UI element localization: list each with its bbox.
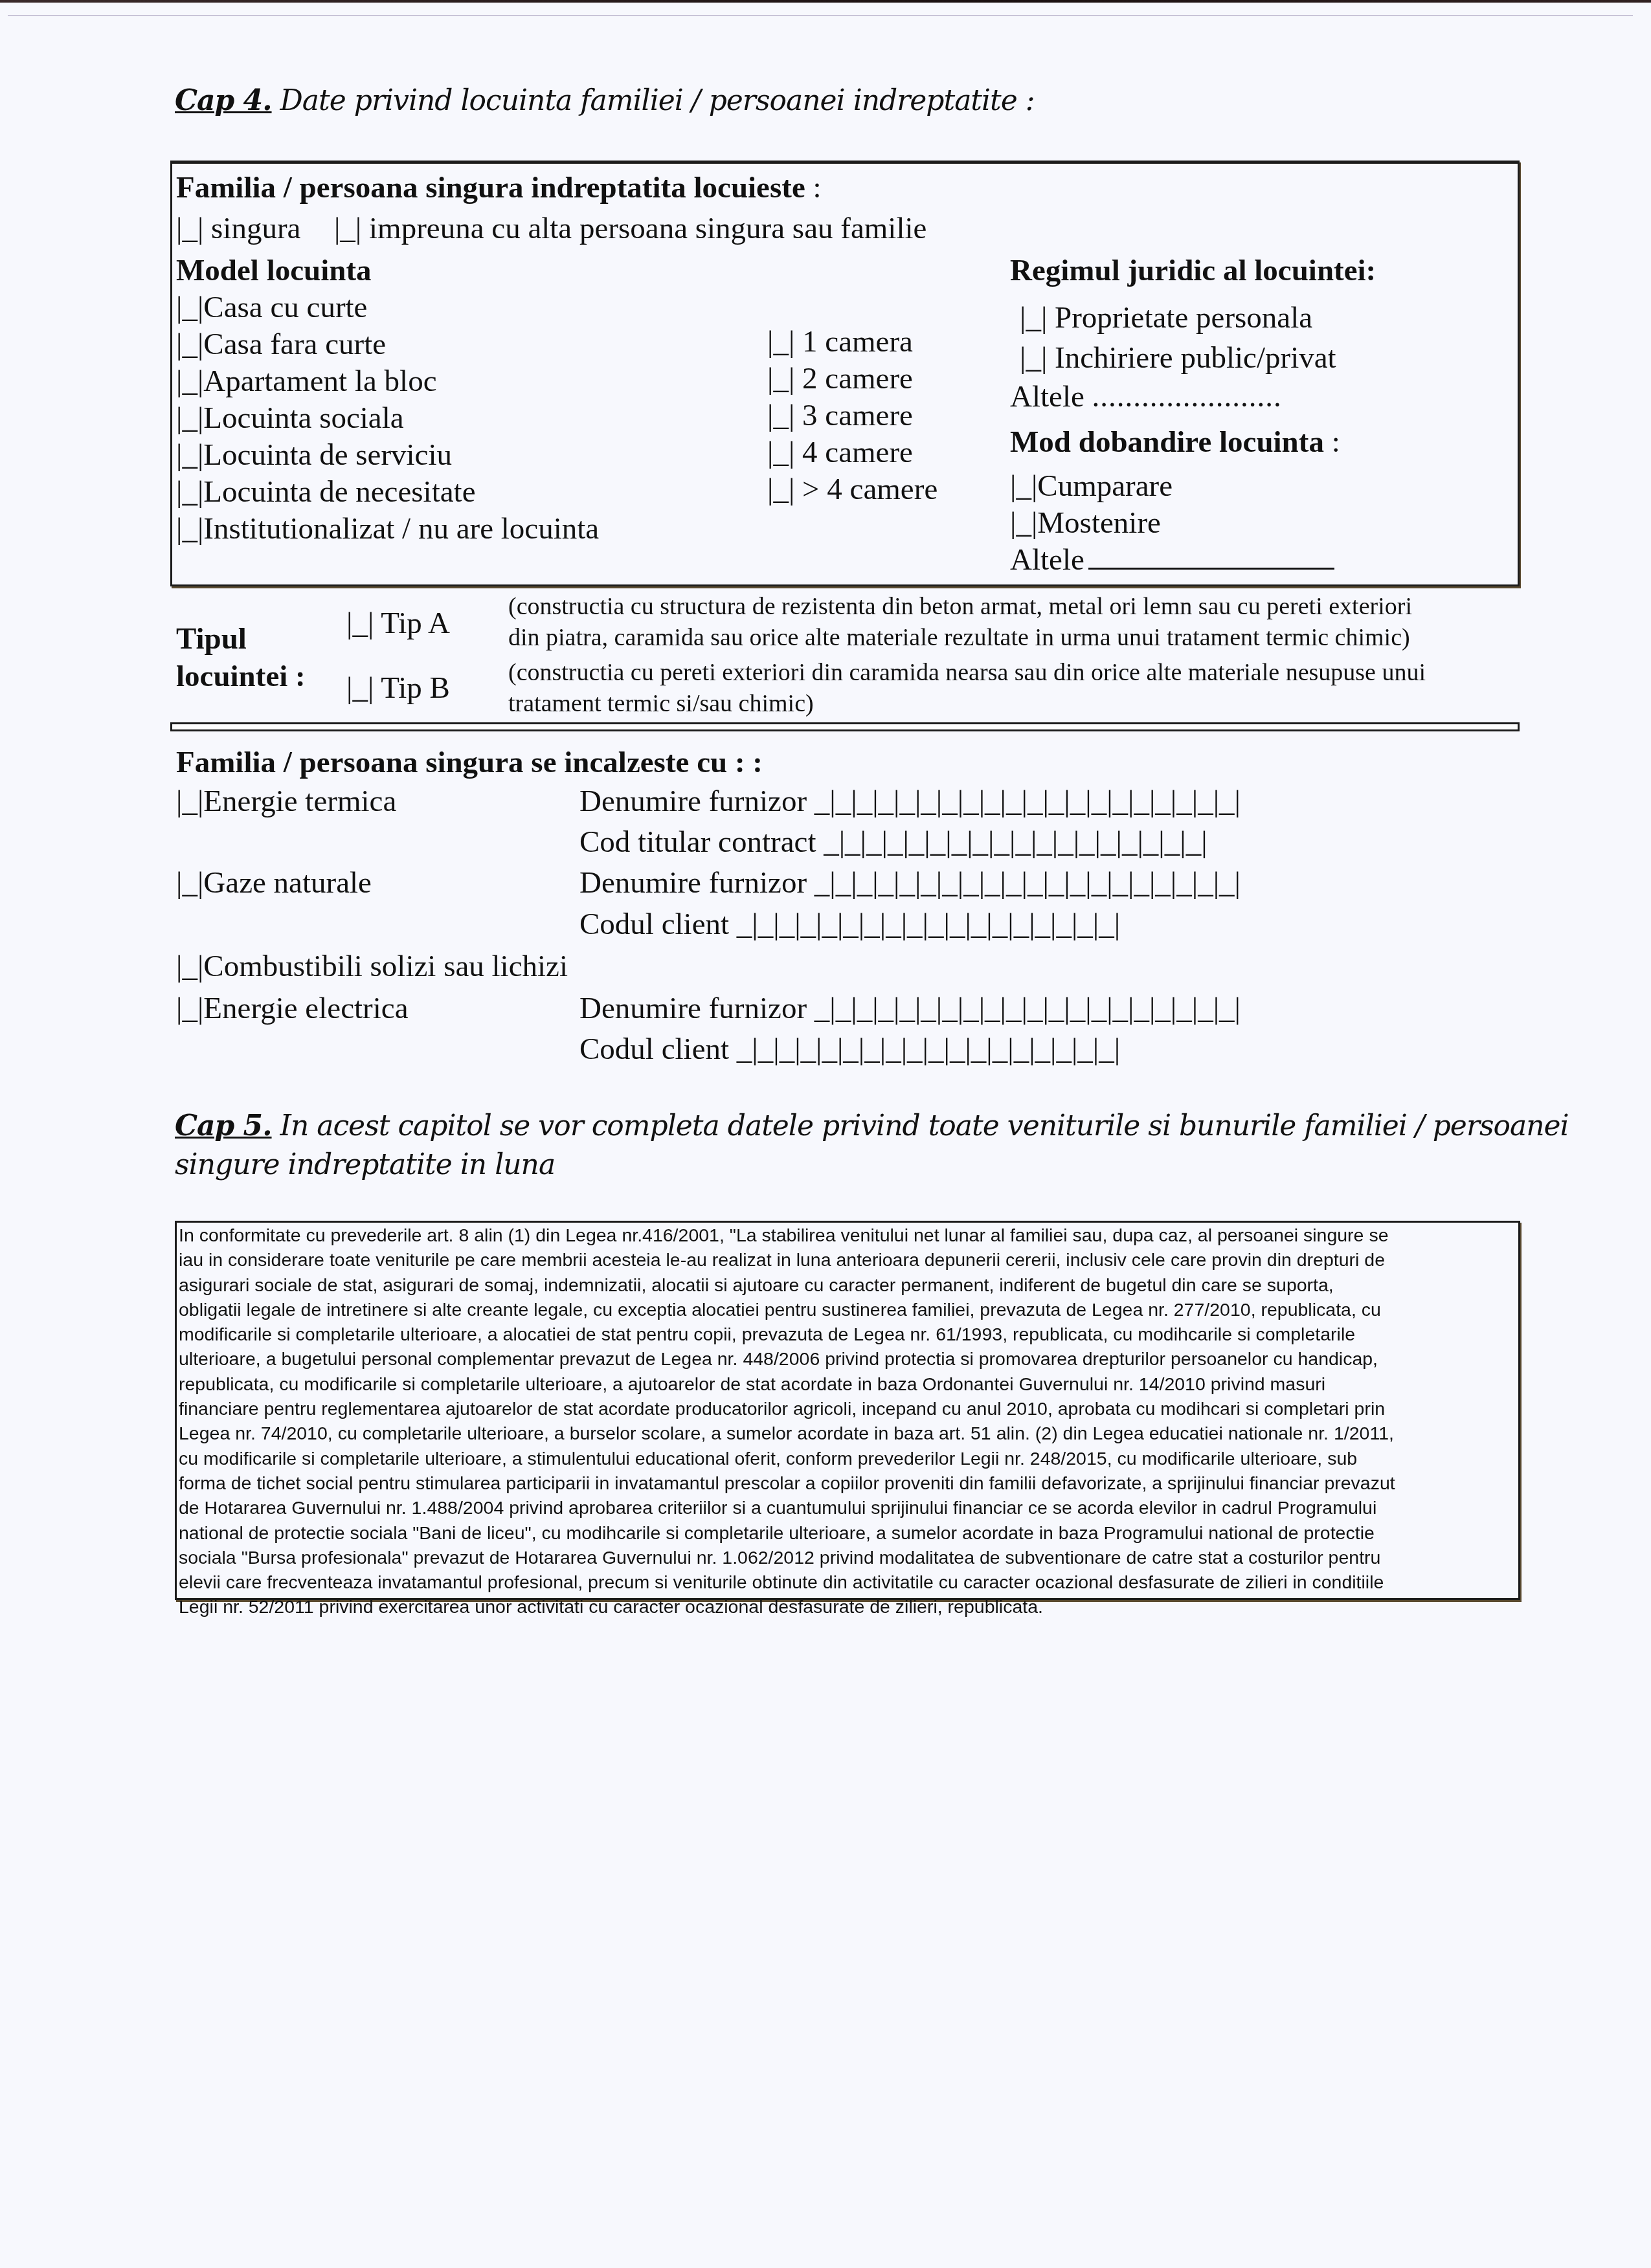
cap5-title: Cap 5. In acest capitol se vor completa …	[175, 1107, 1569, 1184]
termica-furnizor-input[interactable]: _|_|_|_|_|_|_|_|_|_|_|_|_|_|_|_|_|_|_|_|	[814, 784, 1241, 818]
scan-artifact-line	[8, 15, 1633, 16]
section-divider	[170, 722, 1520, 731]
checkbox-mostenire[interactable]: |_|Mostenire	[1010, 505, 1334, 542]
checkbox-tip-a[interactable]: |_| Tip A	[346, 605, 450, 642]
checkbox-singura[interactable]: |_| singura	[176, 212, 300, 245]
field-electrica-cod-client: Codul client _|_|_|_|_|_|_|_|_|_|_|_|_|_…	[579, 1031, 1120, 1068]
cap5-number: Cap 5.	[175, 1109, 272, 1142]
checkbox-energie-electrica[interactable]: |_|Energie electrica	[176, 990, 409, 1027]
regim-altele-input[interactable]: .......................	[1092, 380, 1282, 414]
field-electrica-furnizor: Denumire furnizor _|_|_|_|_|_|_|_|_|_|_|…	[579, 990, 1241, 1027]
checkbox-tip-b[interactable]: |_| Tip B	[346, 670, 450, 707]
cap4-number: Cap 4.	[175, 84, 272, 117]
regim-heading: Regimul juridic al locuintei:	[1010, 252, 1376, 289]
tipul-label: Tipul locuintei :	[176, 620, 306, 695]
checkbox-locuinta-necesitate[interactable]: |_|Locuinta de necesitate	[176, 474, 599, 511]
checkbox-gaze-naturale[interactable]: |_|Gaze naturale	[176, 865, 372, 902]
checkbox-1-camera[interactable]: |_| 1 camera	[767, 324, 938, 361]
checkbox-4-camere[interactable]: |_| 4 camere	[767, 434, 938, 471]
dobandire-altele: Altele	[1010, 542, 1334, 579]
dobandire-list: |_|Cumparare |_|Mostenire Altele	[1010, 468, 1334, 579]
checkbox-locuinta-sociala[interactable]: |_|Locuinta sociala	[176, 400, 599, 437]
electrica-furnizor-input[interactable]: _|_|_|_|_|_|_|_|_|_|_|_|_|_|_|_|_|_|_|_|	[814, 992, 1241, 1025]
checkbox-impreuna[interactable]: |_| impreuna cu alta persoana singura sa…	[334, 212, 927, 245]
camere-list: |_| 1 camera |_| 2 camere |_| 3 camere |…	[767, 324, 938, 508]
gaze-cod-client-input[interactable]: _|_|_|_|_|_|_|_|_|_|_|_|_|_|_|_|_|_|	[737, 907, 1120, 941]
field-gaze-furnizor: Denumire furnizor _|_|_|_|_|_|_|_|_|_|_|…	[579, 865, 1241, 902]
locuieste-options: |_| singura |_| impreuna cu alta persoan…	[176, 210, 927, 247]
checkbox-casa-cu-curte[interactable]: |_|Casa cu curte	[176, 289, 599, 326]
checkbox-inchiriere[interactable]: |_| Inchiriere public/privat	[1020, 338, 1336, 378]
regim-list: |_| Proprietate personala |_| Inchiriere…	[1020, 298, 1336, 378]
legal-text: In conformitate cu prevederile art. 8 al…	[179, 1223, 1514, 1620]
locuieste-heading: Familia / persoana singura indreptatita …	[176, 170, 822, 206]
gaze-furnizor-input[interactable]: _|_|_|_|_|_|_|_|_|_|_|_|_|_|_|_|_|_|_|_|	[814, 866, 1241, 900]
field-termica-cod-titular: Cod titular contract _|_|_|_|_|_|_|_|_|_…	[579, 824, 1207, 861]
checkbox-locuinta-serviciu[interactable]: |_|Locuinta de serviciu	[176, 437, 599, 474]
checkbox-peste-4-camere[interactable]: |_| > 4 camere	[767, 471, 938, 508]
checkbox-casa-fara-curte[interactable]: |_|Casa fara curte	[176, 326, 599, 363]
scan-edge	[0, 0, 1651, 3]
checkbox-3-camere[interactable]: |_| 3 camere	[767, 397, 938, 434]
cap4-title-text: Date privind locuinta familiei / persoan…	[272, 84, 1035, 117]
checkbox-cumparare[interactable]: |_|Cumparare	[1010, 468, 1334, 505]
regim-altele: Altele .......................	[1010, 379, 1282, 416]
checkbox-proprietate-personala[interactable]: |_| Proprietate personala	[1020, 298, 1336, 338]
tip-b-description: (constructia cu pereti exteriori din car…	[508, 657, 1426, 719]
model-list: |_|Casa cu curte |_|Casa fara curte |_|A…	[176, 289, 599, 548]
checkbox-combustibili[interactable]: |_|Combustibili solizi sau lichizi	[176, 948, 568, 985]
field-termica-furnizor: Denumire furnizor _|_|_|_|_|_|_|_|_|_|_|…	[579, 783, 1241, 820]
electrica-cod-client-input[interactable]: _|_|_|_|_|_|_|_|_|_|_|_|_|_|_|_|_|_|	[737, 1032, 1120, 1066]
checkbox-apartament-bloc[interactable]: |_|Apartament la bloc	[176, 363, 599, 400]
checkbox-institutionalizat[interactable]: |_|Institutionalizat / nu are locuinta	[176, 511, 599, 548]
field-gaze-cod-client: Codul client _|_|_|_|_|_|_|_|_|_|_|_|_|_…	[579, 906, 1120, 943]
cap4-title: Cap 4. Date privind locuinta familiei / …	[175, 84, 1035, 117]
checkbox-energie-termica[interactable]: |_|Energie termica	[176, 783, 396, 820]
termica-cod-titular-input[interactable]: _|_|_|_|_|_|_|_|_|_|_|_|_|_|_|_|_|_|	[824, 825, 1207, 859]
model-heading: Model locuinta	[176, 252, 372, 289]
incalzire-heading: Familia / persoana singura se incalzeste…	[176, 744, 763, 781]
tip-a-description: (constructia cu structura de rezistenta …	[508, 591, 1412, 653]
dobandire-altele-input[interactable]	[1088, 543, 1334, 570]
dobandire-heading: Mod dobandire locuinta :	[1010, 424, 1340, 461]
checkbox-2-camere[interactable]: |_| 2 camere	[767, 361, 938, 397]
